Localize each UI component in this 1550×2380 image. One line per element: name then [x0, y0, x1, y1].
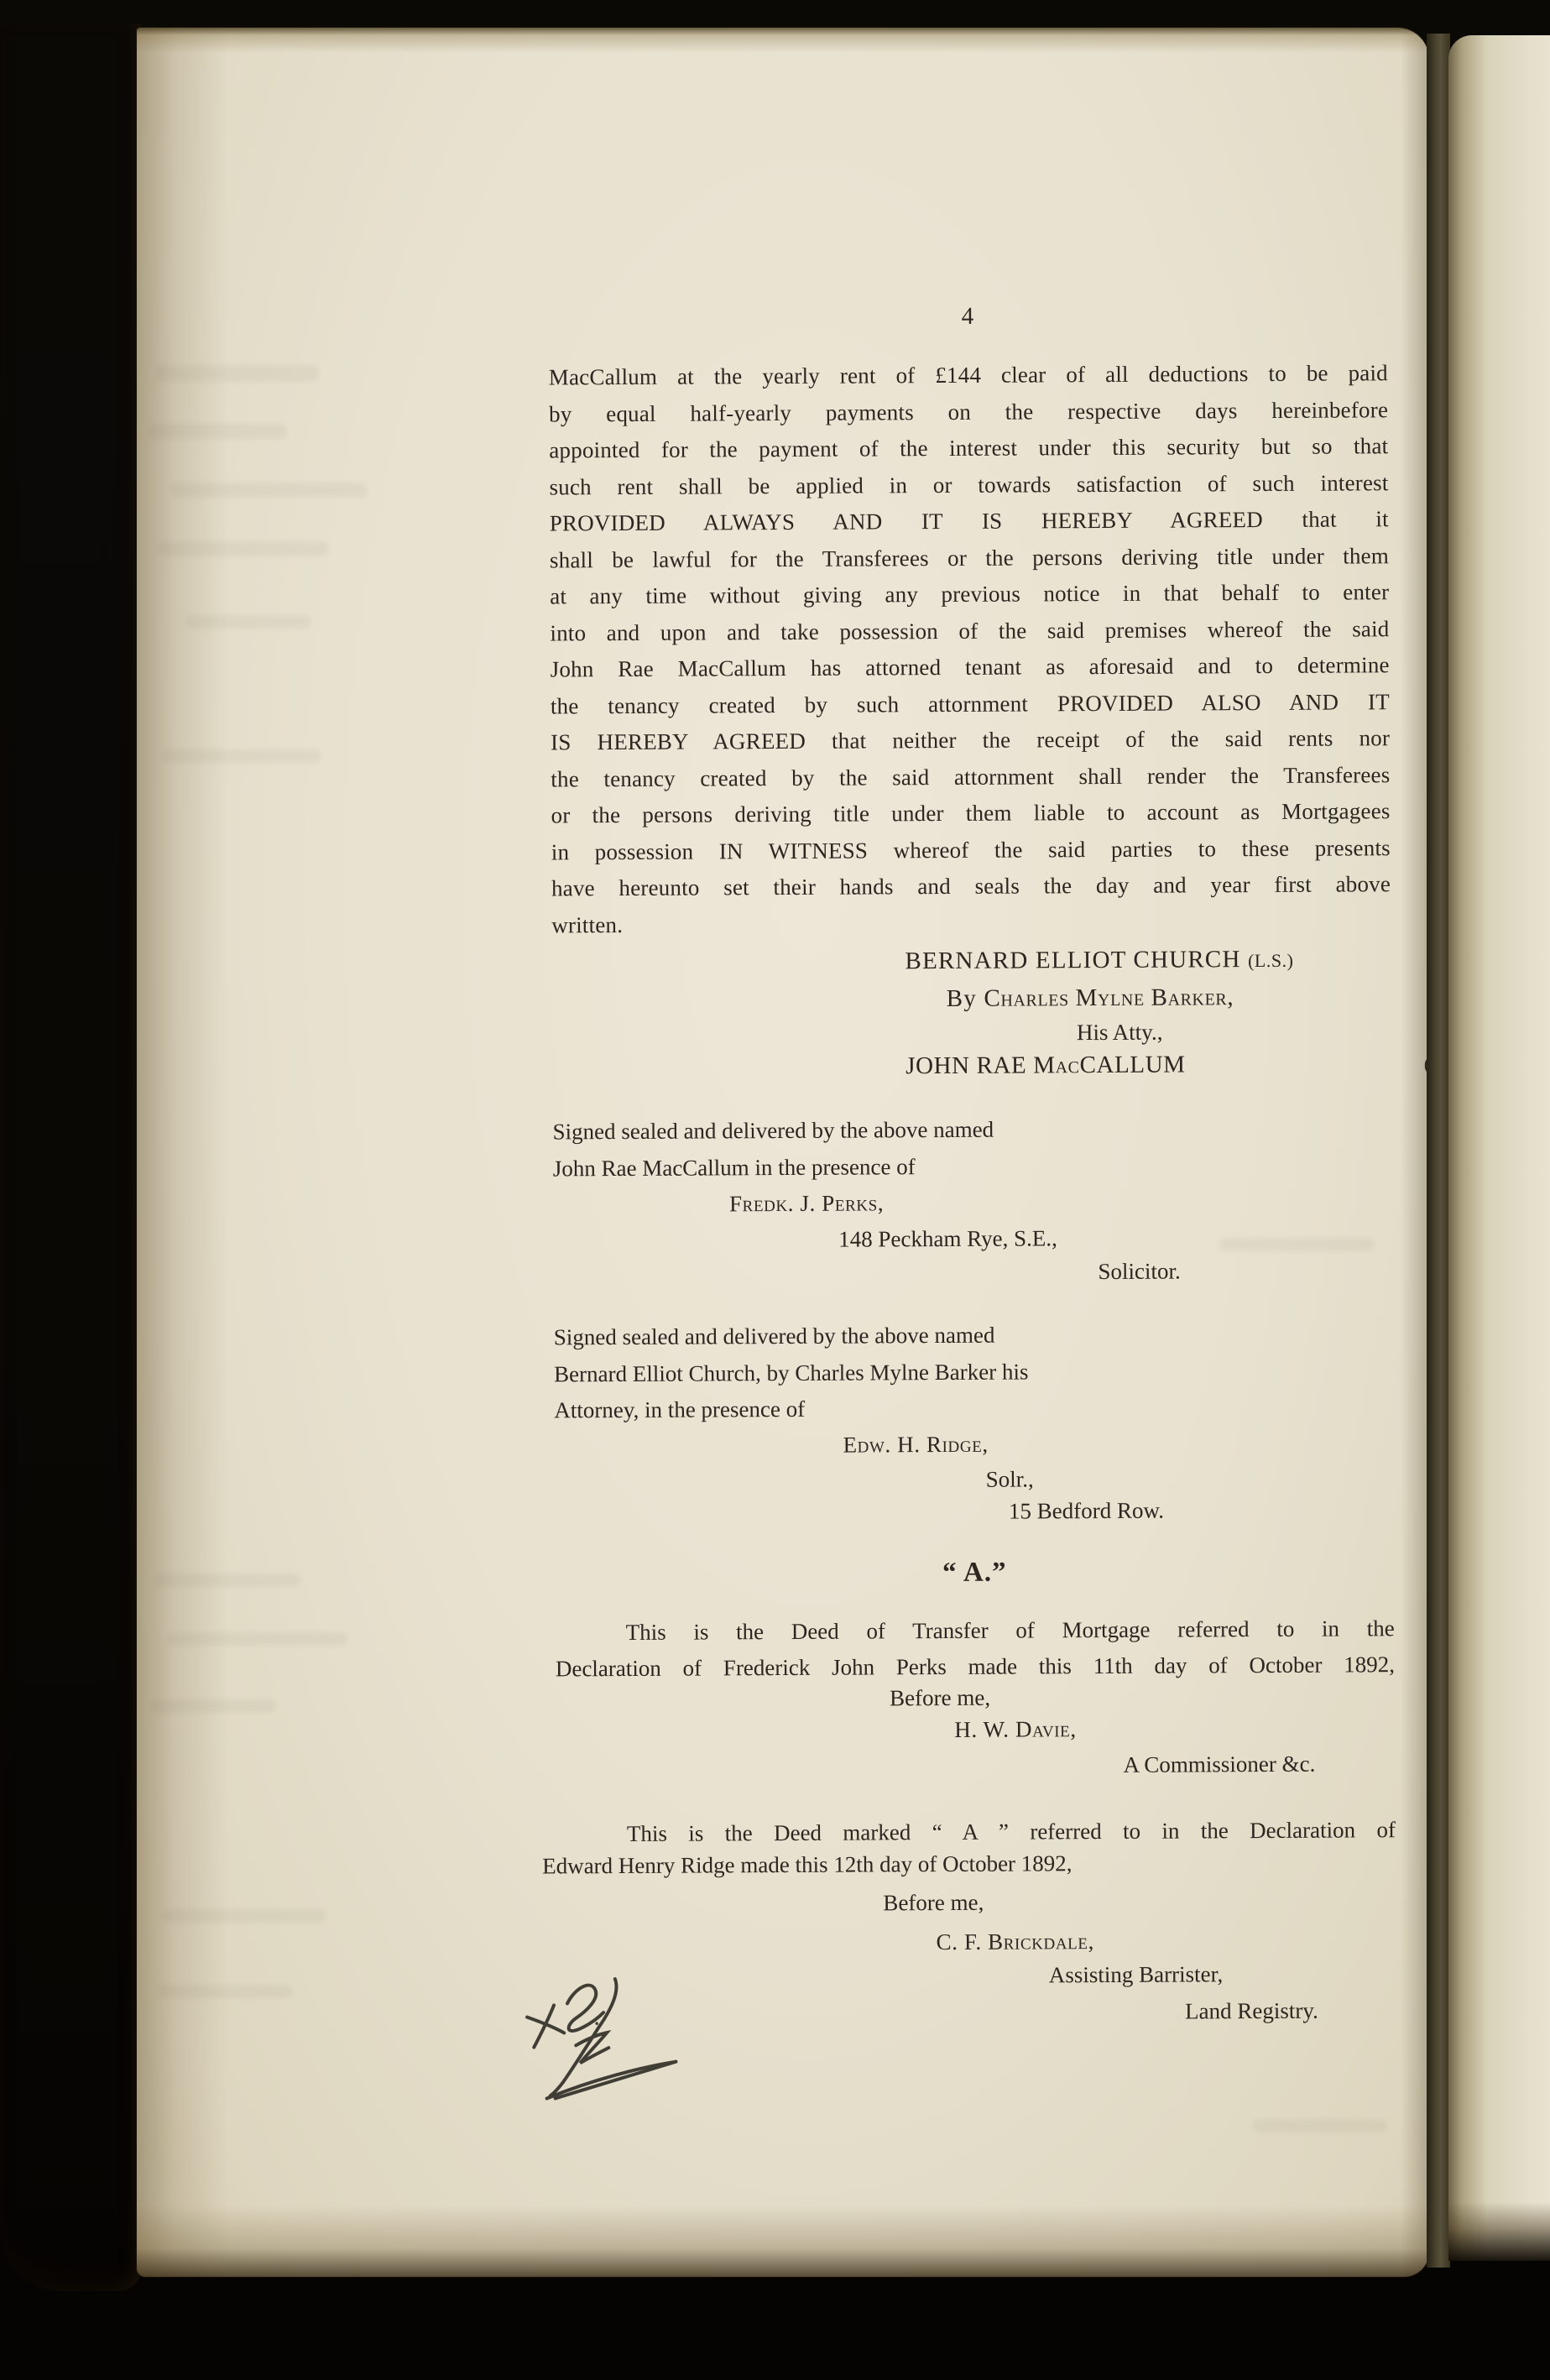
witness-role: Solr., [986, 1466, 1034, 1492]
attestation-line: Signed sealed and delivered by the above… [554, 1323, 995, 1351]
by-prefix: By [947, 985, 984, 1012]
attestation-line: Attorney, in the presence of [554, 1396, 805, 1424]
body-line: the tenancy created by the said attornme… [551, 757, 1390, 798]
before-me-line: Before me, [883, 1890, 984, 1917]
body-line: by equal half-yearly payments on the res… [549, 392, 1388, 433]
body-line: shall be lawful for the Transferees or t… [550, 538, 1389, 579]
page-number: 4 [548, 300, 1387, 332]
body-line: John Rae MacCallum has attorned tenant a… [551, 647, 1390, 688]
signature-by-attorney: By Charles Mylne Barker, [947, 984, 1234, 1013]
certification-perks: This is the Deed of Transfer of Mortgage… [132, 24, 1424, 31]
body-line: appointed for the payment of the interes… [549, 428, 1388, 469]
book-page: 4 MacCallum at the yearly rent of £144 c… [137, 28, 1429, 2277]
witness-address: 15 Bedford Row. [1009, 1498, 1164, 1525]
attorney-title: His Atty., [1077, 1020, 1163, 1046]
body-line: the tenancy created by such attornment P… [551, 684, 1390, 725]
page-content: 4 MacCallum at the yearly rent of £144 c… [132, 24, 1436, 2280]
witness-name: Fredk. J. Perks, [729, 1190, 884, 1217]
certification-line: Declaration of Frederick John Perks made… [556, 1647, 1395, 1688]
body-line: IS HEREBY AGREED that neither the receip… [551, 720, 1390, 761]
ink-signature-mark [515, 1973, 688, 2112]
signatory-name: BERNARD ELLIOT CHURCH [905, 946, 1240, 974]
page-gutter-shadow [1427, 34, 1450, 2268]
attestation-ridge: Signed sealed and delivered by the above… [132, 24, 1424, 31]
ink-signature-drawing [515, 1973, 688, 2112]
attestation-line: Bernard Elliot Church, by Charles Mylne … [554, 1359, 1029, 1387]
attestation-line: Signed sealed and delivered by the above… [552, 1117, 994, 1146]
body-line: such rent shall be applied in or towards… [549, 465, 1388, 506]
body-line: in possession IN WITNESS whereof the sai… [551, 830, 1391, 871]
registry-name: Land Registry. [1185, 1998, 1318, 2025]
body-line: have hereunto set their hands and seals … [551, 866, 1391, 907]
signature-block: BERNARD ELLIOT CHURCH (L.S.) By Charles … [132, 24, 1424, 31]
body-line: written. [551, 903, 1391, 944]
witness-role: Solicitor. [1098, 1259, 1180, 1286]
barrister-name: C. F. Brickdale, [937, 1929, 1094, 1955]
facing-page-edge [1448, 35, 1550, 2261]
book-scan: { "page": { "number": "4" }, "body": { "… [0, 0, 1550, 2380]
body-line: into and upon and take possession of the… [550, 611, 1389, 652]
deed-body-paragraph: MacCallum at the yearly rent of £144 cle… [549, 355, 1391, 943]
signatory-name: JOHN RAE MacCALLUM [905, 1051, 1186, 1079]
barrister-role: Assisting Barrister, [1049, 1961, 1224, 1988]
page-stack-edge [0, 23, 141, 2291]
attestation-line: John Rae MacCallum in the presence of [553, 1154, 916, 1182]
certification-ridge: This is the Deed marked “ A ” referred t… [132, 24, 1424, 31]
body-line: MacCallum at the yearly rent of £144 cle… [549, 355, 1388, 396]
seal-mark: (L.S.) [1248, 950, 1293, 971]
witness-address: 148 Peckham Rye, S.E., [838, 1225, 1057, 1252]
certification-line: This is the Deed of Transfer of Mortgage… [556, 1610, 1395, 1652]
signature-maccallum: JOHN RAE MacCALLUM (L.S.) [905, 1050, 1469, 1081]
before-me-line: Before me, [890, 1685, 990, 1712]
witness-name: Edw. H. Ridge, [843, 1432, 988, 1459]
body-line: PROVIDED ALWAYS AND IT IS HEREBY AGREED … [550, 501, 1389, 542]
signature-church: BERNARD ELLIOT CHURCH (L.S.) [905, 946, 1293, 975]
certification-line: Edward Henry Ridge made this 12th day of… [542, 1850, 1072, 1879]
body-line: at any time without giving any previous … [550, 574, 1389, 615]
attorney-name: Charles Mylne Barker, [984, 984, 1234, 1012]
commissioner-role: A Commissioner &c. [1123, 1751, 1315, 1778]
attestation-perks: Signed sealed and delivered by the above… [132, 24, 1424, 31]
body-line: or the persons deriving title under them… [551, 793, 1390, 834]
certification-line: This is the Deed marked “ A ” referred t… [556, 1812, 1396, 1853]
commissioner-name: H. W. Davie, [954, 1716, 1077, 1743]
exhibit-heading: “ A.” [555, 1555, 1394, 1590]
